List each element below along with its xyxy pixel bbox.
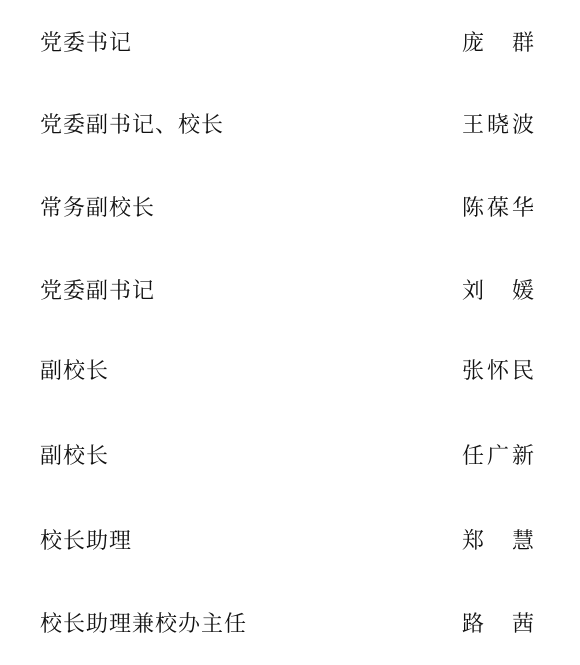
position-title: 校长助理 [40, 529, 132, 553]
person-name: 张怀民 [462, 359, 537, 383]
position-title: 校长助理兼校办主任 [40, 612, 247, 636]
document-page: 党委书记 庞 群 党委副书记、校长 王晓波 常务副校长 陈葆华 党委副书记 刘 … [0, 0, 580, 665]
person-name: 郑 慧 [462, 529, 537, 553]
position-title: 常务副校长 [40, 196, 155, 220]
person-name: 陈葆华 [462, 196, 537, 220]
leadership-row: 常务副校长 陈葆华 [0, 196, 580, 220]
person-name: 路 茜 [462, 612, 537, 636]
position-title: 党委副书记、校长 [40, 113, 224, 137]
leadership-row: 党委副书记、校长 王晓波 [0, 113, 580, 137]
position-title: 副校长 [40, 359, 109, 383]
leadership-row: 党委书记 庞 群 [0, 31, 580, 55]
position-title: 党委书记 [40, 31, 132, 55]
leadership-row: 校长助理 郑 慧 [0, 529, 580, 553]
leadership-row: 副校长 张怀民 [0, 359, 580, 383]
person-name: 王晓波 [462, 113, 537, 137]
person-name: 刘 媛 [462, 279, 537, 303]
position-title: 副校长 [40, 444, 109, 468]
leadership-row: 党委副书记 刘 媛 [0, 279, 580, 303]
leadership-row: 校长助理兼校办主任 路 茜 [0, 612, 580, 636]
person-name: 庞 群 [462, 31, 537, 55]
leadership-row: 副校长 任广新 [0, 444, 580, 468]
person-name: 任广新 [462, 444, 537, 468]
position-title: 党委副书记 [40, 279, 155, 303]
